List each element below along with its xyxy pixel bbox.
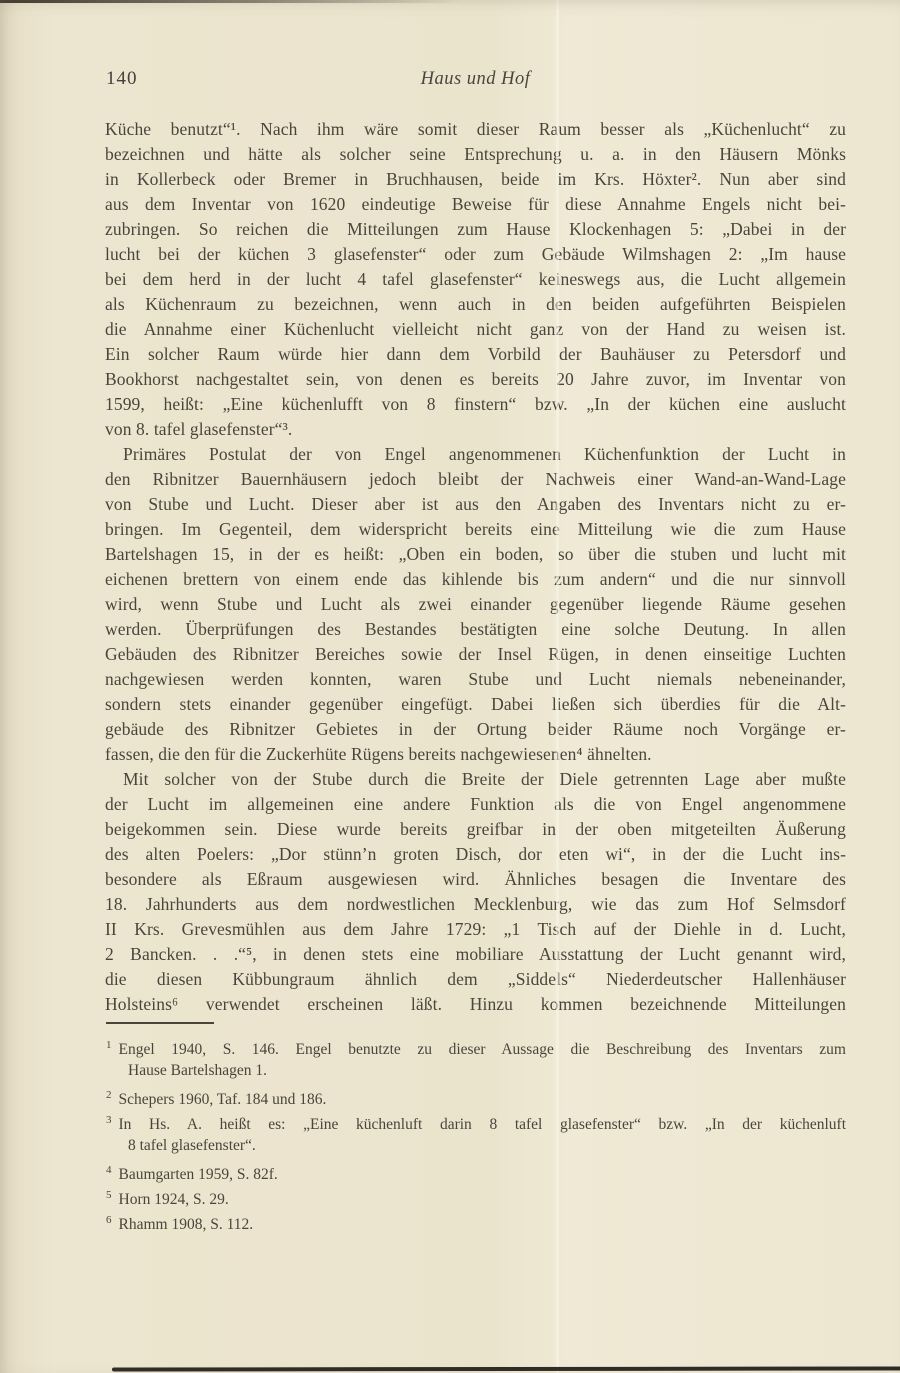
footnote-text: In Hs. A. heißt es: „Eine küchenluft dar…: [119, 1116, 847, 1133]
text-line: sondern stets einander gegenüber eingefü…: [105, 692, 846, 717]
text-line: beigekommen sein. Diese wurde bereits gr…: [105, 817, 846, 842]
footnote-number: 2: [106, 1083, 112, 1108]
footnote-number: 3: [106, 1108, 112, 1133]
footnote: 5Horn 1924, S. 29.: [105, 1183, 846, 1208]
text-line: fassen, die den für die Zuckerhüte Rügen…: [105, 742, 846, 767]
text-line: zubringen. So reichen die Mitteilungen z…: [105, 217, 846, 242]
text-line: bezeichnen und hätte als solcher seine E…: [105, 142, 846, 167]
footnote-text: Baumgarten 1959, S. 82f.: [119, 1166, 278, 1183]
footnote-number: 1: [106, 1033, 112, 1058]
running-title: Haus und Hof: [105, 69, 846, 90]
footnote-number: 4: [106, 1158, 112, 1183]
text-line: Holsteins⁶ verwendet erscheinen läßt. Hi…: [105, 992, 846, 1017]
footnote-continuation: Hause Bartelshagen 1.: [105, 1058, 846, 1083]
footnote: 1Engel 1940, S. 146. Engel benutzte zu d…: [105, 1033, 846, 1058]
text-line: 1599, heißt: „Eine küchenlufft von 8 fin…: [105, 392, 846, 417]
text-line: der Lucht im allgemeinen eine andere Fun…: [105, 792, 846, 817]
text-line: Mit solcher von der Stube durch die Brei…: [105, 767, 846, 792]
text-line: des alten Poelers: „Dor stünn’n groten D…: [105, 842, 846, 867]
footnote: 2Schepers 1960, Taf. 184 und 186.: [105, 1083, 846, 1108]
footnote-continuation: 8 tafel glasefenster“.: [105, 1133, 846, 1158]
text-line: als Küchenraum zu bezeichnen, wenn auch …: [105, 292, 846, 317]
footnote: 3In Hs. A. heißt es: „Eine küchenluft da…: [105, 1108, 846, 1133]
footnote-text: Horn 1924, S. 29.: [119, 1191, 229, 1208]
text-line: lucht bei der küchen 3 glasefenster“ ode…: [105, 242, 846, 267]
text-line: besondere als Eßraum ausgewiesen wird. Ä…: [105, 867, 846, 892]
text-line: 2 Bancken. . .“⁵, in denen stets eine mo…: [105, 942, 846, 967]
text-line: eichenen brettern von einem ende das kih…: [105, 567, 846, 592]
text-line: Bookhorst nachgestaltet sein, von denen …: [105, 367, 846, 392]
text-line: bei dem herd in der lucht 4 tafel glasef…: [105, 267, 846, 292]
footnote-text: Engel 1940, S. 146. Engel benutzte zu di…: [119, 1041, 847, 1058]
text-line: Ein solcher Raum würde hier dann dem Vor…: [105, 342, 846, 367]
text-line: bringen. Im Gegenteil, dem widerspricht …: [105, 517, 846, 542]
text-line: von Stube und Lucht. Dieser aber ist aus…: [105, 492, 846, 517]
text-line: die diesen Kübbungraum ähnlich dem „Sidd…: [105, 967, 846, 992]
text-line: aus dem Inventar von 1620 eindeutige Bew…: [105, 192, 846, 217]
footnote-separator: [106, 1022, 214, 1024]
footnote-text: Rhamm 1908, S. 112.: [119, 1216, 254, 1233]
page-header: 140 Haus und Hof: [105, 68, 846, 94]
text-line: Primäres Postulat der von Engel angenomm…: [105, 442, 846, 467]
text-line: wird, wenn Stube und Lucht als zwei eina…: [105, 592, 846, 617]
text-line: Gebäuden des Ribnitzer Bereiches sowie d…: [105, 642, 846, 667]
text-line: von 8. tafel glasefenster“³.: [105, 417, 846, 442]
scan-bottom-edge-shadow: [112, 1366, 900, 1371]
body-text: Küche benutzt“¹. Nach ihm wäre somit die…: [105, 117, 846, 1017]
footnote: 4Baumgarten 1959, S. 82f.: [105, 1158, 846, 1183]
text-line: Küche benutzt“¹. Nach ihm wäre somit die…: [105, 117, 846, 142]
text-line: die Annahme einer Küchenlucht vielleicht…: [105, 317, 846, 342]
footnotes: 1Engel 1940, S. 146. Engel benutzte zu d…: [105, 1033, 846, 1233]
text-line: den Ribnitzer Bauernhäusern jedoch bleib…: [105, 467, 846, 492]
footnote-text: Schepers 1960, Taf. 184 und 186.: [119, 1091, 327, 1108]
text-line: gebäude des Ribnitzer Gebietes in der Or…: [105, 717, 846, 742]
scan-top-edge-shadow: [0, 0, 462, 3]
text-line: Bartelshagen 15, in der es heißt: „Oben …: [105, 542, 846, 567]
text-line: II Krs. Grevesmühlen aus dem Jahre 1729:…: [105, 917, 846, 942]
text-line: werden. Überprüfungen des Bestandes best…: [105, 617, 846, 642]
text-line: nachgewiesen werden konnten, waren Stube…: [105, 667, 846, 692]
footnote-number: 6: [106, 1208, 112, 1233]
footnote: 6Rhamm 1908, S. 112.: [105, 1208, 846, 1233]
text-line: in Kollerbeck oder Bremer in Bruchhausen…: [105, 167, 846, 192]
book-page: 140 Haus und Hof Küche benutzt“¹. Nach i…: [0, 0, 900, 1373]
footnote-number: 5: [106, 1183, 112, 1208]
text-line: 18. Jahrhunderts aus dem nordwestlichen …: [105, 892, 846, 917]
